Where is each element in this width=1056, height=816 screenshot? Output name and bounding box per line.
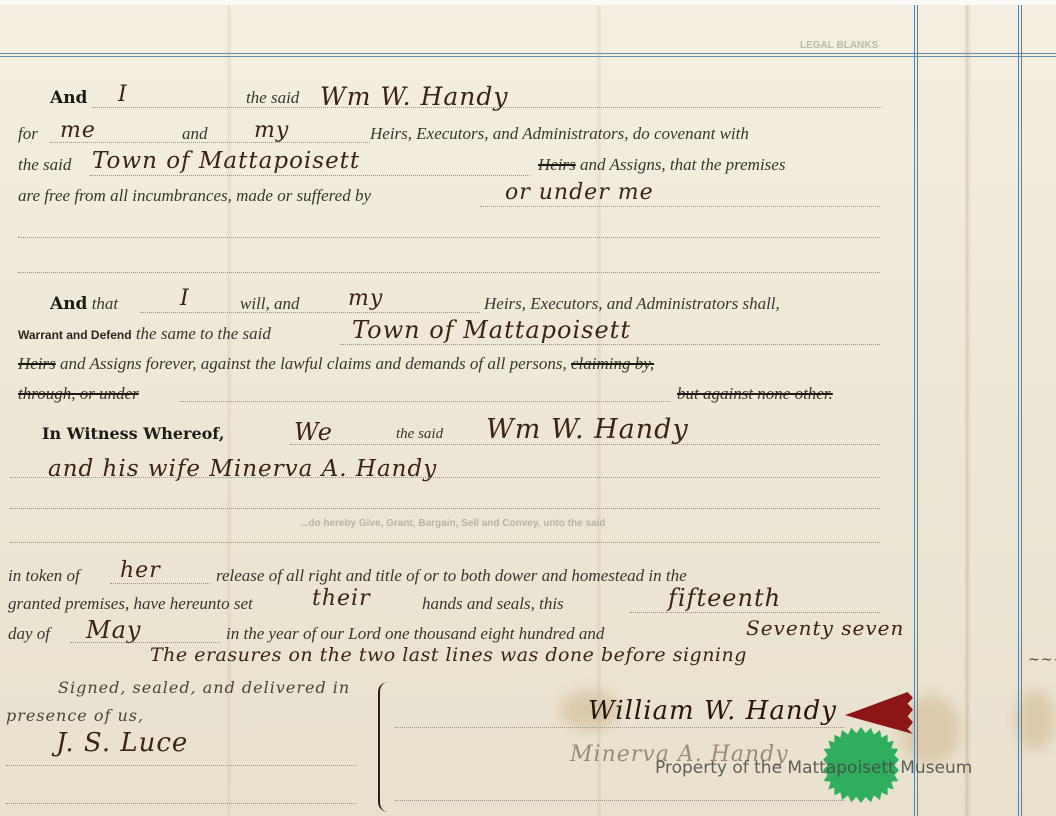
- fill-line: [180, 401, 670, 402]
- hw-year: Seventy seven: [746, 616, 904, 640]
- warranty-line-3: Heirs and Assigns forever, against the l…: [18, 354, 654, 374]
- top-edge: [0, 0, 1056, 5]
- printed-text: hands and seals, this: [422, 594, 564, 614]
- hw-we: We: [294, 418, 333, 446]
- struck-claiming-by: claiming by,: [571, 354, 654, 373]
- fill-line: [6, 765, 356, 766]
- blue-vertical-rule-left: [914, 5, 918, 816]
- fill-line: [90, 175, 530, 176]
- hw-erasure-note: The erasures on the two last lines was d…: [150, 644, 747, 666]
- struck-heirs: Heirs: [538, 155, 576, 174]
- fill-line: [10, 477, 880, 478]
- printed-text: are free from all incumbrances, made or …: [18, 186, 371, 206]
- covenant-line-1: And the said: [50, 88, 299, 108]
- warrant-and-defend-lead: Warrant and Defend: [18, 328, 132, 342]
- fill-line: [630, 612, 880, 613]
- struck-heirs: Heirs: [18, 354, 56, 373]
- fill-line: [6, 803, 356, 804]
- fill-line: [70, 642, 220, 643]
- fill-line: [18, 272, 880, 273]
- printed-text: Heirs, Executors, and Administrators sha…: [484, 294, 780, 314]
- printed-text: the same to the said: [136, 324, 271, 343]
- printed-text: in the year of our Lord one thousand eig…: [226, 624, 604, 644]
- printed-that: that: [92, 294, 118, 313]
- presence-of-us: presence of us,: [6, 706, 144, 725]
- witness-signature: J. S. Luce: [56, 728, 188, 758]
- museum-watermark: Property of the Mattapoisett Museum: [655, 758, 972, 778]
- in-witness-whereof-lead: In Witness Whereof,: [42, 424, 224, 444]
- hw-me: me: [60, 118, 96, 143]
- fill-line: [92, 107, 882, 108]
- fill-line: [140, 312, 480, 313]
- right-margin-scrawl: ~~~: [1028, 652, 1056, 668]
- warranty-line-1-lead: And that: [50, 294, 118, 314]
- fill-line: [480, 206, 880, 207]
- covenant-line-3-tail: Heirs and Assigns, that the premises: [538, 155, 785, 175]
- struck-through-or-under: through, or under: [18, 384, 139, 404]
- and-lead: And: [50, 294, 87, 314]
- fill-line: [290, 444, 880, 445]
- printed-and: and: [182, 124, 208, 144]
- hw-grantee: Town of Mattapoisett: [352, 316, 631, 344]
- hw-day: fifteenth: [668, 584, 781, 612]
- signature-brace: [378, 682, 394, 812]
- printed-the-said: the said: [18, 155, 71, 175]
- hw-pronoun: I: [180, 286, 190, 311]
- grantor-signature: William W. Handy: [588, 696, 837, 726]
- fill-line: [395, 800, 845, 801]
- printed-text: the said: [246, 88, 299, 107]
- printed-text: granted premises, have hereunto set: [8, 594, 253, 614]
- printed-day-of: day of: [8, 624, 50, 644]
- fill-line: [10, 542, 880, 543]
- printed-text: and Assigns forever, against the lawful …: [60, 354, 567, 373]
- hw-grantee: Town of Mattapoisett: [92, 148, 360, 174]
- lead-text: In Witness Whereof,: [42, 424, 224, 443]
- covenant-line-2: for: [18, 124, 38, 144]
- warranty-line-2: Warrant and Defend the same to the said: [18, 324, 271, 344]
- printed-text: for: [18, 124, 38, 143]
- hw-my: my: [348, 286, 383, 311]
- hw-or-under-me: or under me: [505, 180, 654, 205]
- fill-line: [395, 727, 845, 728]
- fill-line: [50, 142, 370, 143]
- fill-line: [10, 508, 880, 509]
- and-lead: And: [50, 88, 87, 108]
- printed-in-token-of: in token of: [8, 566, 80, 586]
- struck-text: but against none other.: [677, 384, 833, 403]
- fill-line: [18, 237, 880, 238]
- printed-text: and Assigns, that the premises: [580, 155, 785, 174]
- printed-text: release of all right and title of or to …: [216, 566, 687, 586]
- bleed-through-text: ...do hereby Give, Grant, Bargain, Sell …: [300, 518, 605, 529]
- faint-header-text: LEGAL BLANKS: [800, 40, 878, 51]
- blue-horizontal-rule: [0, 53, 1056, 57]
- signed-sealed-delivered: Signed, sealed, and delivered in: [58, 678, 350, 697]
- hw-pronoun: I: [118, 82, 128, 107]
- printed-the-said: the said: [396, 426, 443, 443]
- hw-month: May: [86, 616, 141, 644]
- fill-line: [340, 344, 880, 345]
- printed-will-and: will, and: [240, 294, 300, 314]
- blue-vertical-rule-right: [1018, 5, 1022, 816]
- hw-and-his-wife: and his wife Minerva A. Handy: [48, 456, 437, 482]
- hw-their: their: [312, 586, 371, 611]
- hw-grantor-name: Wm W. Handy: [486, 414, 689, 445]
- struck-but-against: but against none other.: [677, 384, 833, 404]
- printed-text: Heirs, Executors, and Administrators, do…: [370, 124, 749, 144]
- hw-my: my: [254, 118, 289, 143]
- hw-her: her: [120, 558, 161, 583]
- struck-text: through, or under: [18, 384, 139, 403]
- fill-line: [110, 583, 210, 584]
